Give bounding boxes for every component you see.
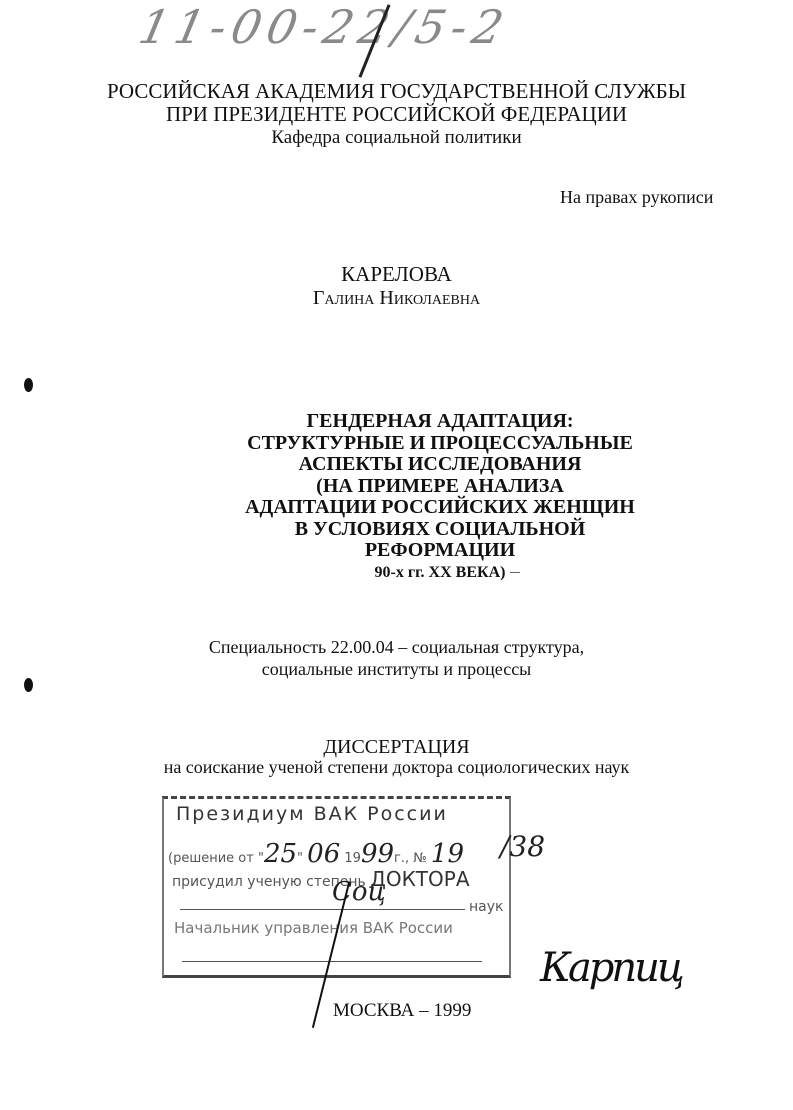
stamp-month: 06 (307, 839, 340, 869)
binding-hole-mark (24, 678, 33, 692)
stamp-field-handwritten: Соц (332, 877, 386, 907)
specialty-line-1: Специальность 22.00.04 – социальная стру… (0, 636, 793, 658)
title-line: В УСЛОВИЯХ СОЦИАЛЬНОЙ РЕФОРМАЦИИ (240, 519, 640, 562)
title-line: ГЕНДЕРНАЯ АДАПТАЦИЯ: (240, 411, 640, 433)
dissertation-block: ДИССЕРТАЦИЯ на соискание ученой степени … (0, 737, 793, 777)
institution-line-2: ПРИ ПРЕЗИДЕНТЕ РОССИЙСКОЙ ФЕДЕРАЦИИ (0, 103, 793, 126)
author-block: КАРЕЛОВА Галина Николаевна (0, 262, 793, 310)
department: Кафедра социальной политики (0, 126, 793, 149)
handwritten-suffix: /38 (500, 830, 545, 863)
dissertation-heading: ДИССЕРТАЦИЯ (0, 737, 793, 757)
stamp-decision-line: (решение от "25" 06 1999г., № 19 (168, 839, 464, 869)
manuscript-note: На правах рукописи (560, 187, 713, 208)
specialty: Специальность 22.00.04 – социальная стру… (0, 636, 793, 680)
vak-stamp: Президиум ВАК России (решение от "25" 06… (162, 796, 511, 978)
stamp-field-suffix: наук (469, 899, 503, 915)
binding-hole-mark (24, 378, 33, 392)
stamp-day: 25 (264, 839, 297, 869)
title-line: (НА ПРИМЕРЕ АНАЛИЗА (240, 476, 640, 498)
title-line: СТРУКТУРНЫЕ И ПРОЦЕССУАЛЬНЫЕ (240, 433, 640, 455)
degree-line: на соискание ученой степени доктора соци… (0, 757, 793, 777)
stamp-year: 99 (361, 839, 394, 869)
dissertation-title: ГЕНДЕРНАЯ АДАПТАЦИЯ: СТРУКТУРНЫЕ И ПРОЦЕ… (240, 411, 640, 583)
stamp-awarded-line: присудил ученую степень ДОКТОРА (172, 867, 470, 891)
institution-header: РОССИЙСКАЯ АКАДЕМИЯ ГОСУДАРСТВЕННОЙ СЛУЖ… (0, 80, 793, 149)
author-surname: КАРЕЛОВА (0, 262, 793, 286)
stamp-signatory: Начальник управления ВАК России (174, 919, 453, 937)
stamp-field-underline (180, 909, 465, 910)
handwritten-signature: Карпиц (540, 945, 682, 991)
title-line: АДАПТАЦИИ РОССИЙСКИХ ЖЕНЩИН (240, 497, 640, 519)
stamp-signature-line (182, 961, 482, 962)
author-given-names: Галина Николаевна (0, 286, 793, 310)
specialty-line-2: социальные институты и процессы (0, 658, 793, 680)
title-line: 90-х гг. XX ВЕКА) (240, 562, 640, 584)
stamp-number: 19 (431, 839, 464, 869)
title-line: АСПЕКТЫ ИССЛЕДОВАНИЯ (240, 454, 640, 476)
institution-line-1: РОССИЙСКАЯ АКАДЕМИЯ ГОСУДАРСТВЕННОЙ СЛУЖ… (0, 80, 793, 103)
handwritten-archive-number: 11-00-22/5-2 (134, 0, 514, 54)
stray-mark (510, 572, 520, 573)
stamp-title: Президиум ВАК России (176, 803, 448, 825)
city-year: МОСКВА – 1999 (333, 1000, 471, 1022)
